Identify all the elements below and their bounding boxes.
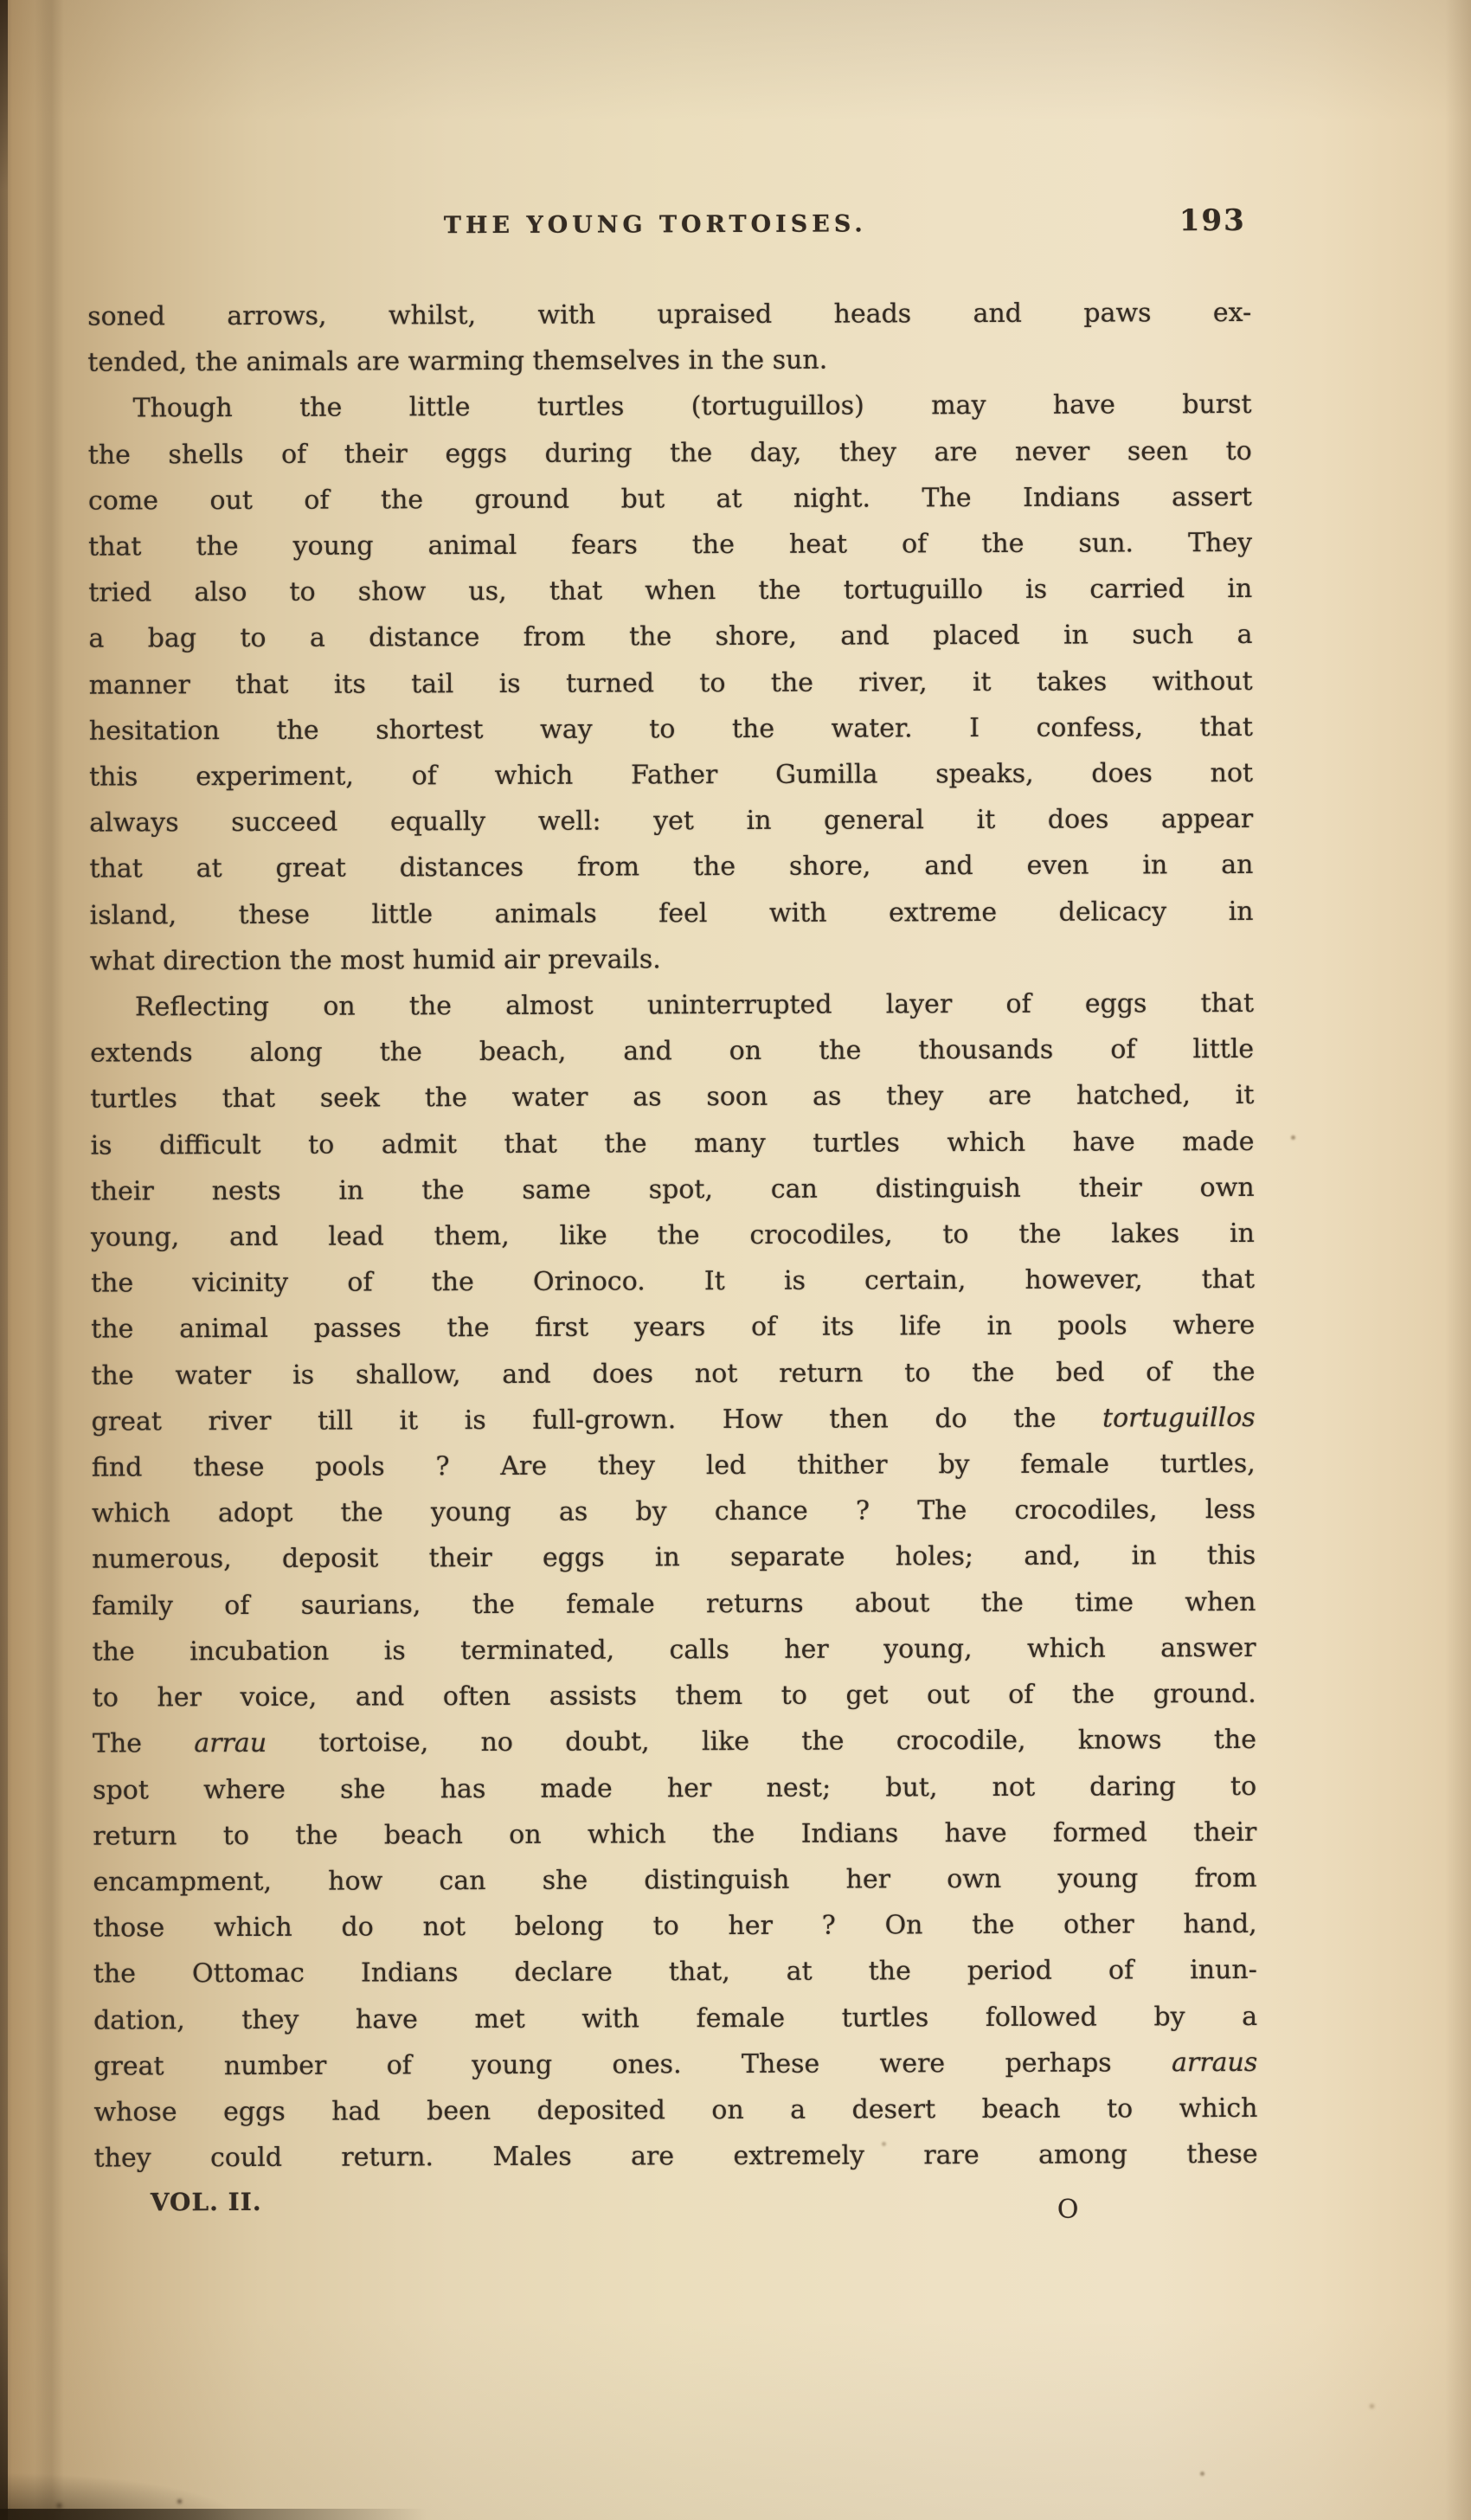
text-line: their nests in the same spot, can distin… (91, 1165, 1255, 1215)
page-number: 193 (1179, 203, 1246, 238)
text-line: the vicinity of the Orinoco. It is certa… (91, 1257, 1255, 1307)
text-line: the shells of their eggs during the day,… (88, 428, 1252, 479)
text-line: tried also to show us, that when the tor… (88, 566, 1252, 616)
book-page: THE YOUNG TORTOISES. 193 soned arrows, w… (0, 0, 1471, 2520)
text-line: the Ottomac Indians declare that, at the… (93, 1947, 1257, 1997)
text-line: great river till it is full-grown. How t… (92, 1395, 1256, 1445)
text-line: this experiment, of which Father Gumilla… (89, 750, 1253, 800)
page-content: THE YOUNG TORTOISES. 193 soned arrows, w… (0, 0, 1471, 2520)
text-line: they could return. Males are extremely r… (94, 2131, 1258, 2182)
text-line: numerous, deposit their eggs in separate… (92, 1533, 1256, 1583)
text-line: young, and lead them, like the crocodile… (91, 1211, 1255, 1261)
body-text: soned arrows, whilst, with upraised head… (87, 290, 1258, 2182)
catchword: O (1057, 2195, 1079, 2225)
text-line: that at great distances from the shore, … (89, 842, 1253, 892)
running-header: THE YOUNG TORTOISES. (60, 209, 1251, 241)
text-line: manner that its tail is turned to the ri… (89, 659, 1253, 709)
page-right-edge-shadow (1445, 0, 1471, 2520)
page-left-edge-shadow (0, 0, 8, 2520)
text-line: great number of young ones. These were p… (93, 2040, 1257, 2090)
paper-specks (0, 0, 4, 4)
gutter-crease-shadow (35, 0, 64, 2520)
text-line: dation, they have met with female turtle… (93, 1993, 1257, 2043)
page-header: THE YOUNG TORTOISES. 193 (87, 209, 1251, 255)
text-line: those which do not belong to her ? On th… (93, 1901, 1257, 1951)
text-line: what direction the most humid air prevai… (90, 935, 1254, 985)
text-line: return to the beach on which the Indians… (93, 1810, 1256, 1860)
text-line: tended, the animals are warming themselv… (87, 336, 1251, 386)
text-line: a bag to a distance from the shore, and … (88, 612, 1252, 662)
text-line: the incubation is terminated, calls her … (92, 1625, 1256, 1675)
text-line: that the young animal fears the heat of … (88, 520, 1252, 570)
text-line: spot where she has made her nest; but, n… (93, 1763, 1256, 1813)
text-line: the water is shallow, and does not retur… (91, 1349, 1255, 1399)
text-line: Though the little turtles (tortuguillos)… (87, 382, 1251, 432)
text-line: whose eggs had been deposited on a deser… (93, 2086, 1257, 2136)
text-line: family of saurians, the female returns a… (92, 1579, 1256, 1630)
text-line: come out of the ground but at night. The… (88, 474, 1252, 524)
text-line: extends along the beach, and on the thou… (90, 1026, 1254, 1077)
text-line: soned arrows, whilst, with upraised head… (87, 290, 1251, 340)
text-line: turtles that seek the water as soon as t… (90, 1072, 1254, 1122)
text-line: hesitation the shortest way to the water… (89, 704, 1253, 755)
text-line: the animal passes the first years of its… (91, 1302, 1255, 1353)
text-line: island, these little animals feel with e… (90, 889, 1254, 939)
text-line: encampment, how can she distinguish her … (93, 1855, 1256, 1906)
volume-label: VOL. II. (151, 2188, 262, 2216)
text-line: is difficult to admit that the many turt… (90, 1119, 1254, 1169)
text-line: find these pools ? Are they led thither … (92, 1441, 1256, 1491)
text-line: The arrau tortoise, no doubt, like the c… (93, 1717, 1256, 1767)
text-line: which adopt the young as by chance ? The… (92, 1487, 1256, 1537)
text-line: Reflecting on the almost uninterrupted l… (90, 980, 1254, 1031)
text-line: always succeed equally well: yet in gene… (89, 796, 1253, 846)
bottom-left-corner-shadow (0, 2472, 242, 2520)
text-line: to her voice, and often assists them to … (93, 1671, 1256, 1721)
